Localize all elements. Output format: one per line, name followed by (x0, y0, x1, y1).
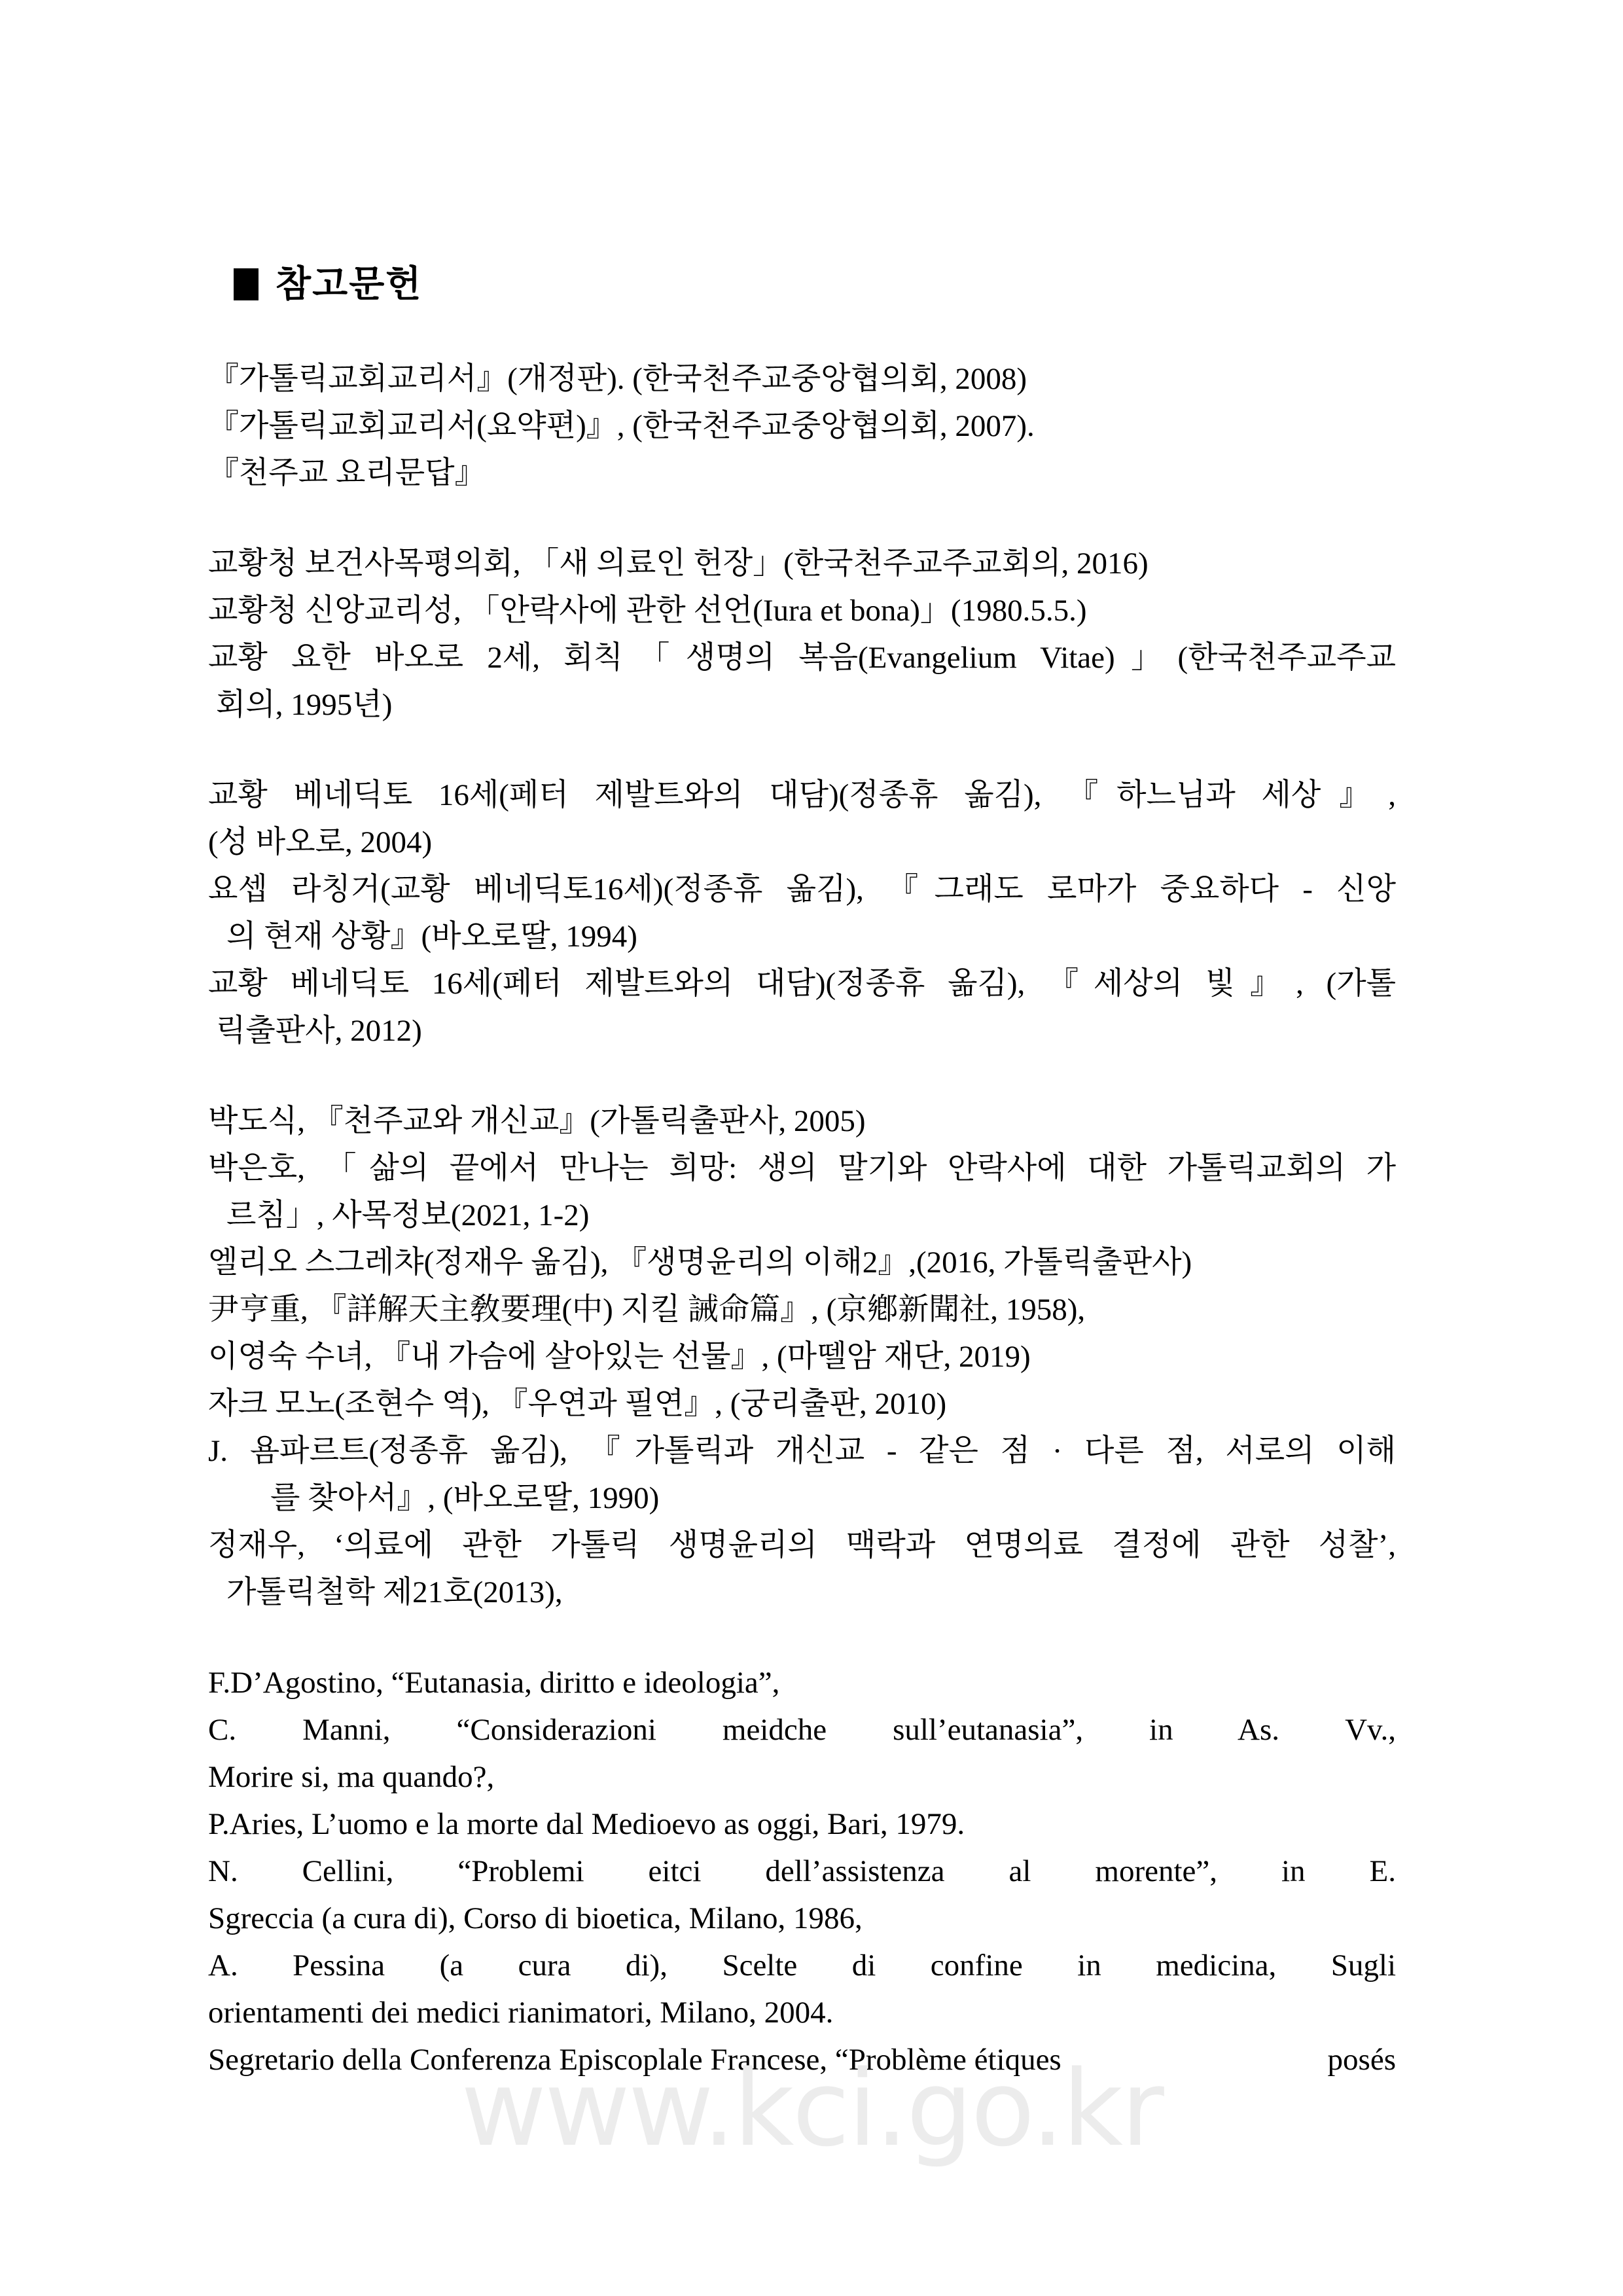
reference-block: 박도식, 『천주교와 개신교』(가톨릭출판사, 2005)박은호, 「삶의 끝에… (208, 1098, 1396, 1616)
reference-line: 박도식, 『천주교와 개신교』(가톨릭출판사, 2005) (208, 1098, 1396, 1145)
reference-line: 교황청 신앙교리성, 「안락사에 관한 선언(Iura et bona)」(19… (208, 587, 1396, 634)
reference-line: 교황청 보건사목평의회, 「새 의료인 헌장」(한국천주교주교회의, 2016) (208, 540, 1396, 587)
reference-line: 尹亨重, 『詳解天主敎要理(中) 지킬 誡命篇』, (京鄕新聞社, 1958), (208, 1286, 1396, 1333)
reference-line: 회의, 1995년) (208, 681, 1396, 728)
reference-line: 엘리오 스그레챠(정재우 옮김), 『생명윤리의 이해2』,(2016, 가톨릭… (208, 1239, 1396, 1286)
black-square-icon (234, 268, 259, 300)
reference-block: 교황 베네딕토 16세(페터 제발트와의 대담)(정종휴 옮김), 『하느님과 … (208, 772, 1396, 1054)
kci-watermark: www.kci.go.kr (461, 2047, 1162, 2170)
reference-line: 의 현재 상황』(바오로딸, 1994) (208, 913, 1396, 960)
section-title: 참고문헌 (276, 264, 422, 304)
reference-line: J. 욤파르트(정종휴 옮김), 『가톨릭과 개신교 - 같은 점 · 다른 점… (208, 1427, 1396, 1475)
reference-line: 『천주교 요리문답』 (208, 450, 1396, 497)
reference-block: F.D’Agostino, “Eutanasia, diritto e ideo… (208, 1659, 1396, 2083)
document-page: 참고문헌 『가톨릭교회교리서』(개정판). (한국천주교중앙협의회, 2008)… (0, 0, 1623, 2296)
reference-line: N. Cellini, “Problemi eitci dell’assiste… (208, 1848, 1396, 1895)
reference-line: P.Aries, L’uomo e la morte dal Medioevo … (208, 1801, 1396, 1848)
reference-line-trailing-word: posés (1328, 2036, 1396, 2083)
reference-block: 교황청 보건사목평의회, 「새 의료인 헌장」(한국천주교주교회의, 2016)… (208, 540, 1396, 728)
reference-line: 를 찾아서』, (바오로딸, 1990) (208, 1475, 1396, 1522)
reference-block: 『가톨릭교회교리서』(개정판). (한국천주교중앙협의회, 2008)『가톨릭교… (208, 355, 1396, 497)
reference-line: C. Manni, “Considerazioni meidche sull’e… (208, 1706, 1396, 1753)
reference-line: 교황 요한 바오로 2세, 회칙「생명의 복음(Evangelium Vitae… (208, 634, 1396, 681)
reference-line: A. Pessina (a cura di), Scelte di confin… (208, 1942, 1396, 1989)
references-list: 『가톨릭교회교리서』(개정판). (한국천주교중앙협의회, 2008)『가톨릭교… (208, 355, 1396, 2083)
reference-line: 교황 베네딕토 16세(페터 제발트와의 대담)(정종휴 옮김), 『세상의 빛… (208, 960, 1396, 1007)
reference-line: F.D’Agostino, “Eutanasia, diritto e ideo… (208, 1659, 1396, 1706)
reference-line: 이영숙 수녀, 『내 가슴에 살아있는 선물』, (마뗄암 재단, 2019) (208, 1333, 1396, 1380)
reference-line: 교황 베네딕토 16세(페터 제발트와의 대담)(정종휴 옮김), 『하느님과 … (208, 772, 1396, 819)
reference-line: Morire si, ma quando?, (208, 1753, 1396, 1801)
reference-line: 가톨릭철학 제21호(2013), (208, 1569, 1396, 1616)
reference-line: 자크 모노(조현수 역), 『우연과 필연』, (궁리출판, 2010) (208, 1380, 1396, 1427)
reference-line: 르침」, 사목정보(2021, 1-2) (208, 1192, 1396, 1239)
reference-line: 요셉 라칭거(교황 베네딕토16세)(정종휴 옮김), 『그래도 로마가 중요하… (208, 866, 1396, 913)
section-header: 참고문헌 (234, 264, 422, 304)
reference-line: orientamenti dei medici rianimatori, Mil… (208, 1989, 1396, 2036)
reference-line: (성 바오로, 2004) (208, 819, 1396, 866)
reference-line: 정재우, ‘의료에 관한 가톨릭 생명윤리의 맥락과 연명의료 결정에 관한 성… (208, 1522, 1396, 1569)
reference-line: 릭출판사, 2012) (208, 1007, 1396, 1054)
reference-line: Sgreccia (a cura di), Corso di bioetica,… (208, 1895, 1396, 1942)
reference-line: 『가톨릭교회교리서(요약편)』, (한국천주교중앙협의회, 2007). (208, 403, 1396, 450)
reference-line: 박은호, 「삶의 끝에서 만나는 희망: 생의 말기와 안락사에 대한 가톨릭교… (208, 1145, 1396, 1192)
reference-line: 『가톨릭교회교리서』(개정판). (한국천주교중앙협의회, 2008) (208, 355, 1396, 403)
